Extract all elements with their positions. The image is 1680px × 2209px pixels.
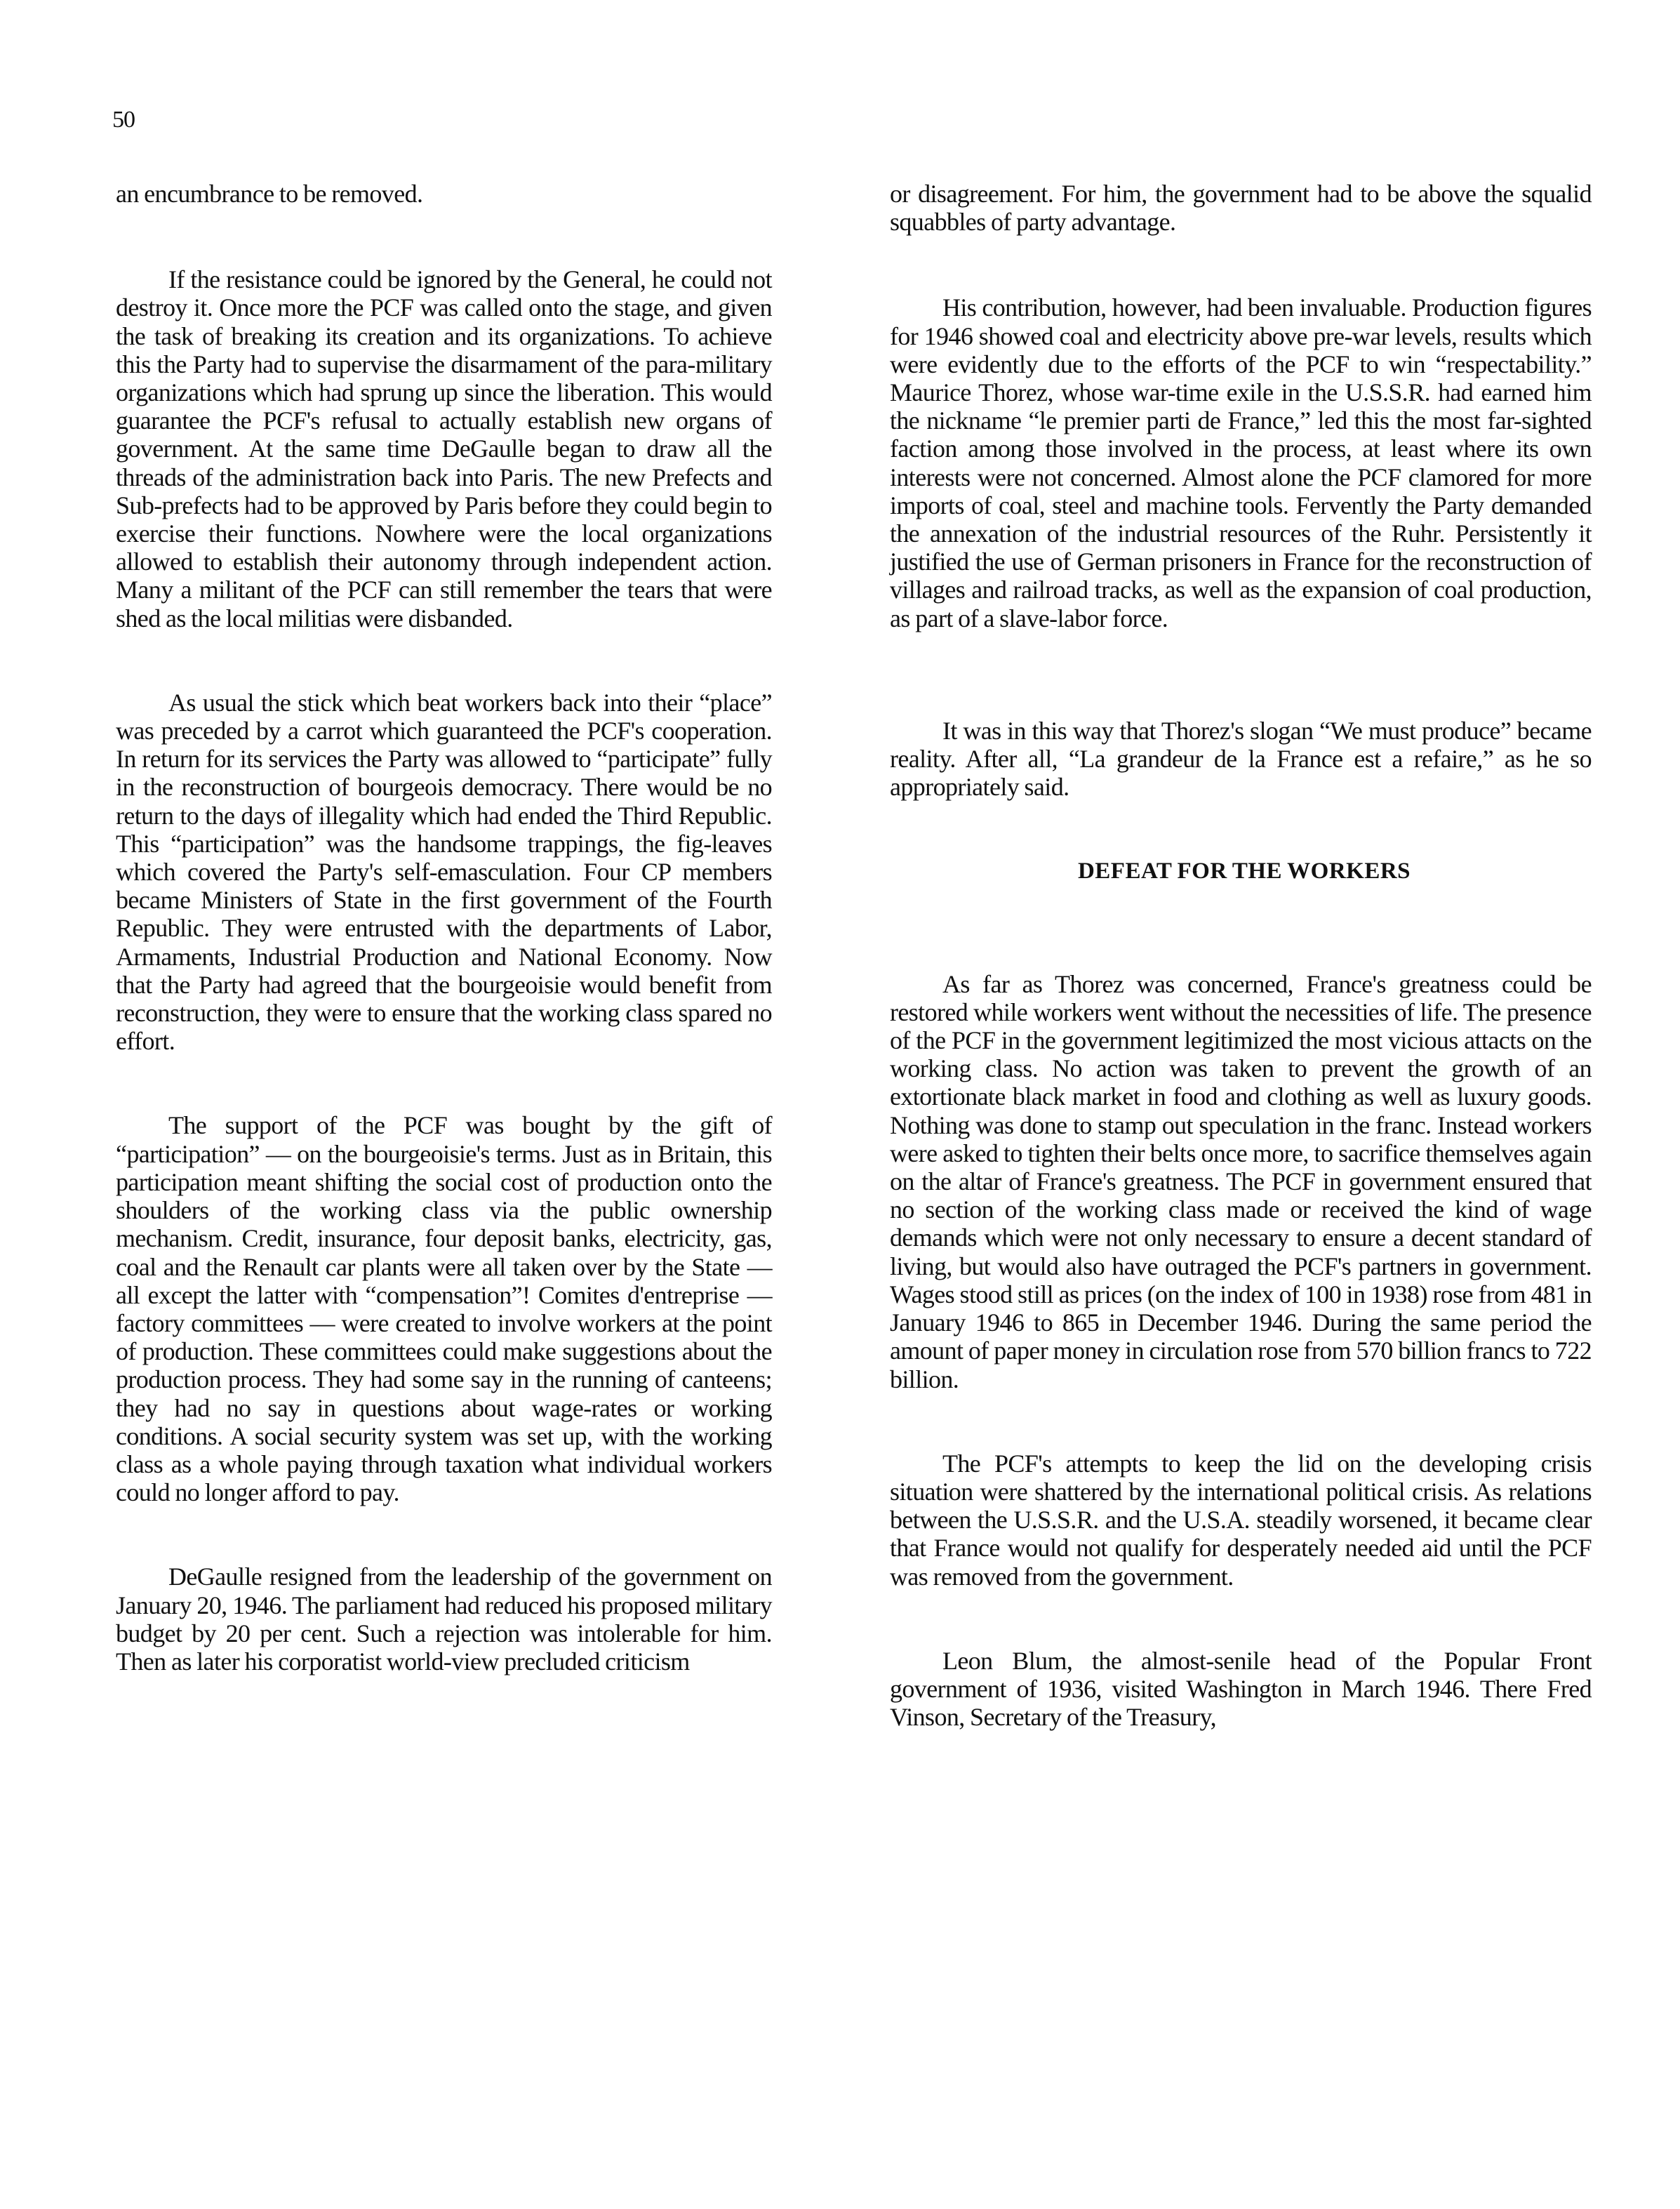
- paragraph: As usual the stick which beat workers ba…: [116, 689, 772, 1056]
- page-number: 50: [112, 107, 135, 133]
- paragraph: DeGaulle resigned from the leadership of…: [116, 1563, 772, 1676]
- paragraph: As far as Thorez was concerned, France's…: [890, 970, 1592, 1393]
- section-heading: DEFEAT FOR THE WORKERS: [890, 857, 1592, 885]
- right-column: or disagreement. For him, the government…: [890, 180, 1592, 1787]
- paragraph: or disagreement. For him, the government…: [890, 180, 1592, 236]
- paragraph: an encumbrance to be removed.: [116, 180, 772, 208]
- paragraph: Leon Blum, the almost-senile head of the…: [890, 1647, 1592, 1732]
- left-column: an encumbrance to be removed. If the res…: [116, 180, 772, 1732]
- paragraph: If the resistance could be ignored by th…: [116, 265, 772, 632]
- paragraph: It was in this way that Thorez's slogan …: [890, 717, 1592, 802]
- paragraph: The support of the PCF was bought by the…: [116, 1111, 772, 1506]
- paragraph: His contribution, however, had been inva…: [890, 293, 1592, 632]
- paragraph: The PCF's attempts to keep the lid on th…: [890, 1450, 1592, 1591]
